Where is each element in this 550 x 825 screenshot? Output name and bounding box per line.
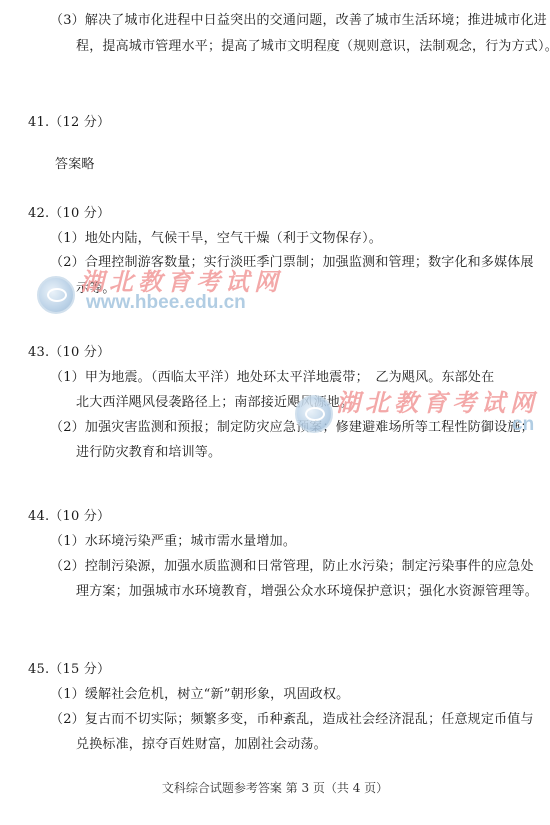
q45-heading: 45.（15 分） — [28, 662, 110, 678]
watermark-site-name: 湖北教育考试网 — [336, 383, 539, 418]
q42-heading: 42.（10 分） — [28, 206, 110, 222]
q44-part2-line1: （2）控制污染源，加强水质监测和日常管理，防止水污染；制定污染事件的应急处 — [50, 559, 534, 575]
q42-part2-line1: （2）合理控制游客数量；实行淡旺季门票制；加强监测和管理；数字化和多媒体展 — [50, 255, 534, 271]
q44-heading: 44.（10 分） — [28, 509, 110, 525]
q44-part1: （1）水环境污染严重；城市需水量增加。 — [50, 534, 296, 550]
q44-part2-line2: 理方案；加强城市水环境教育，增强公众水环境保护意识；强化水资源管理等。 — [76, 584, 538, 600]
q41-heading: 41.（12 分） — [28, 115, 110, 131]
q43-heading: 43.（10 分） — [28, 345, 110, 361]
q43-part2-line2: 进行防灾教育和培训等。 — [76, 445, 221, 461]
q43-part1-line1: （1）甲为地震。（西临太平洋）地处环太平洋地震带； 乙为飓风。东部处在 — [50, 370, 494, 386]
q42-part1: （1）地处内陆，气候干旱，空气干燥（利于文物保存）。 — [50, 231, 382, 247]
q43-part1-line2: 北大西洋飓风侵袭路径上；南部接近飓风源地。 — [76, 395, 353, 411]
watermark-logo-icon — [37, 276, 75, 314]
q43-part2-line1: （2）加强灾害监测和预报；制定防灾应急预案；修建避难场所等工程性防御设施； — [50, 420, 534, 436]
q42-part2-line2: 示等。 — [76, 281, 116, 297]
page-footer: 文科综合试题参考答案 第 3 页（共 4 页） — [0, 779, 550, 796]
q41-answer: 答案略 — [55, 157, 95, 173]
q40-part3-line1: （3）解决了城市化进程中日益突出的交通问题，改善了城市生活环境；推进城市化进 — [50, 13, 547, 29]
q40-part3-line2: 程，提高城市管理水平；提高了城市文明程度（规则意识，法制观念，行为方式）。 — [76, 39, 550, 55]
q45-part2-line2: 兑换标准，掠夺百姓财富，加剧社会动荡。 — [76, 737, 327, 753]
q45-part1: （1）缓解社会危机，树立“新”朝形象，巩固政权。 — [50, 687, 349, 703]
q45-part2-line1: （2）复古而不切实际；频繁多变，币种紊乱，造成社会经济混乱；任意规定币值与 — [50, 712, 534, 728]
